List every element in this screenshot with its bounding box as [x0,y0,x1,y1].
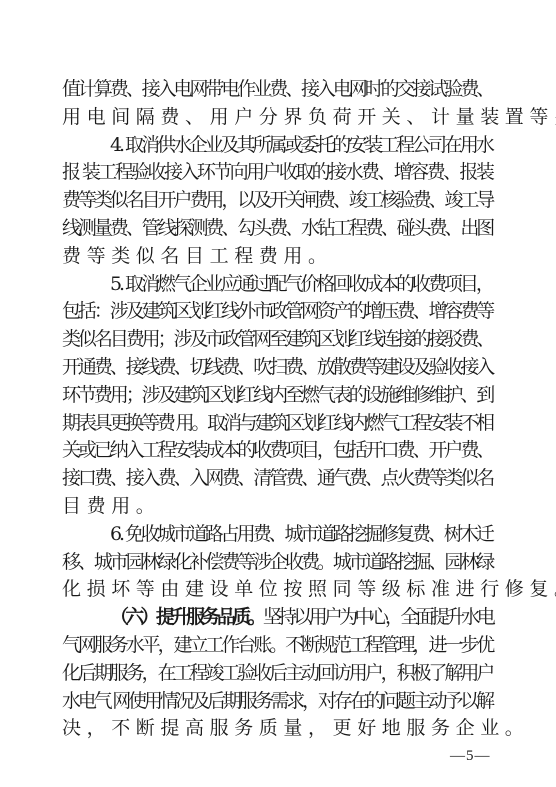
text-line: 用电间隔费、用户分界负荷开关、计量装置等费用。 [62,105,492,129]
document-page: 值计算费、接入电网带电作业费、接入电网时的交接试验费、用电间隔费、用户分界负荷开… [0,0,556,787]
text-line: （六）提升服务品质。坚持以用户为中心，全面提升水电 [110,605,540,629]
page-number: —5— [450,748,491,765]
section-heading: （六）提升服务品质。 [110,606,263,628]
text-line: 6. 免收城市道路占用费、城市道路挖掘修复费、树木迁 [110,522,540,546]
text-line: 期表具更换等费 用。取消与建筑区划红线内燃气工程安装不相 [62,411,492,435]
text-line: 化后期服务，在工程竣工验收后主动回访用户，积极了解用户 [62,661,492,685]
text-line: 目费用。 [62,494,492,518]
text-line: 环节费用；涉及建筑区划红线内至燃气表的设施维修维护、到 [62,383,492,407]
text-line: 关或已纳入工程安装成本的收费项目，包括开口费、开户费、 [62,438,492,462]
text-line: 移、城市园林绿化补偿费等涉企收费。城市道路挖掘、园林绿 [62,550,492,574]
text-line: 水电气 网使用情况及后期服务需求，对存在的问题主动予以解 [62,689,492,713]
text-line: 开通费、接线费、切线费、吹扫费、放散费等建设及验收接入 [62,355,492,379]
text-line: 决，不断提高服务质量，更好地服务企业。 [62,716,492,740]
text-line: 4. 取消供水企业及其所属或委托的安装工程公司在用水 [110,133,540,157]
text-line: 类似名目费用；涉及市政管网至建筑区划红线连接的接驳费、 [62,327,492,351]
text-line: 化损坏等由建设单位按照同等级标准进行修复。 [62,577,492,601]
text-line: 5. 取消燃气企业应通过配气价格回收成本的收费项目， [110,272,540,296]
text-line: 费等类似名目开户费用，以及开关闸费、竣工核验费、竣工导 [62,188,492,212]
text-line: 报 装工程验收接入环节向用户收取的接水费、增容费、报装 [62,160,492,184]
text-line: 值计算费、接入电网带电作业费、接入电网时的交接试验费、 [62,77,492,101]
text-line: 接口费、接入费、入网费、清管费、通气费、点火费等类似名 [62,466,492,490]
text-line: 费等类似名目工程费用。 [62,244,492,268]
text-line: 线测量费、管线探测费、勾头费、水钻工程费、碰头费、出图 [62,216,492,240]
text-line: 气网服务水平，建立工作台账。不断规范工程管理，进一步优 [62,633,492,657]
text-line: 包括：涉及建筑区划红线外市政管网资产的增压费、增容费等 [62,299,492,323]
